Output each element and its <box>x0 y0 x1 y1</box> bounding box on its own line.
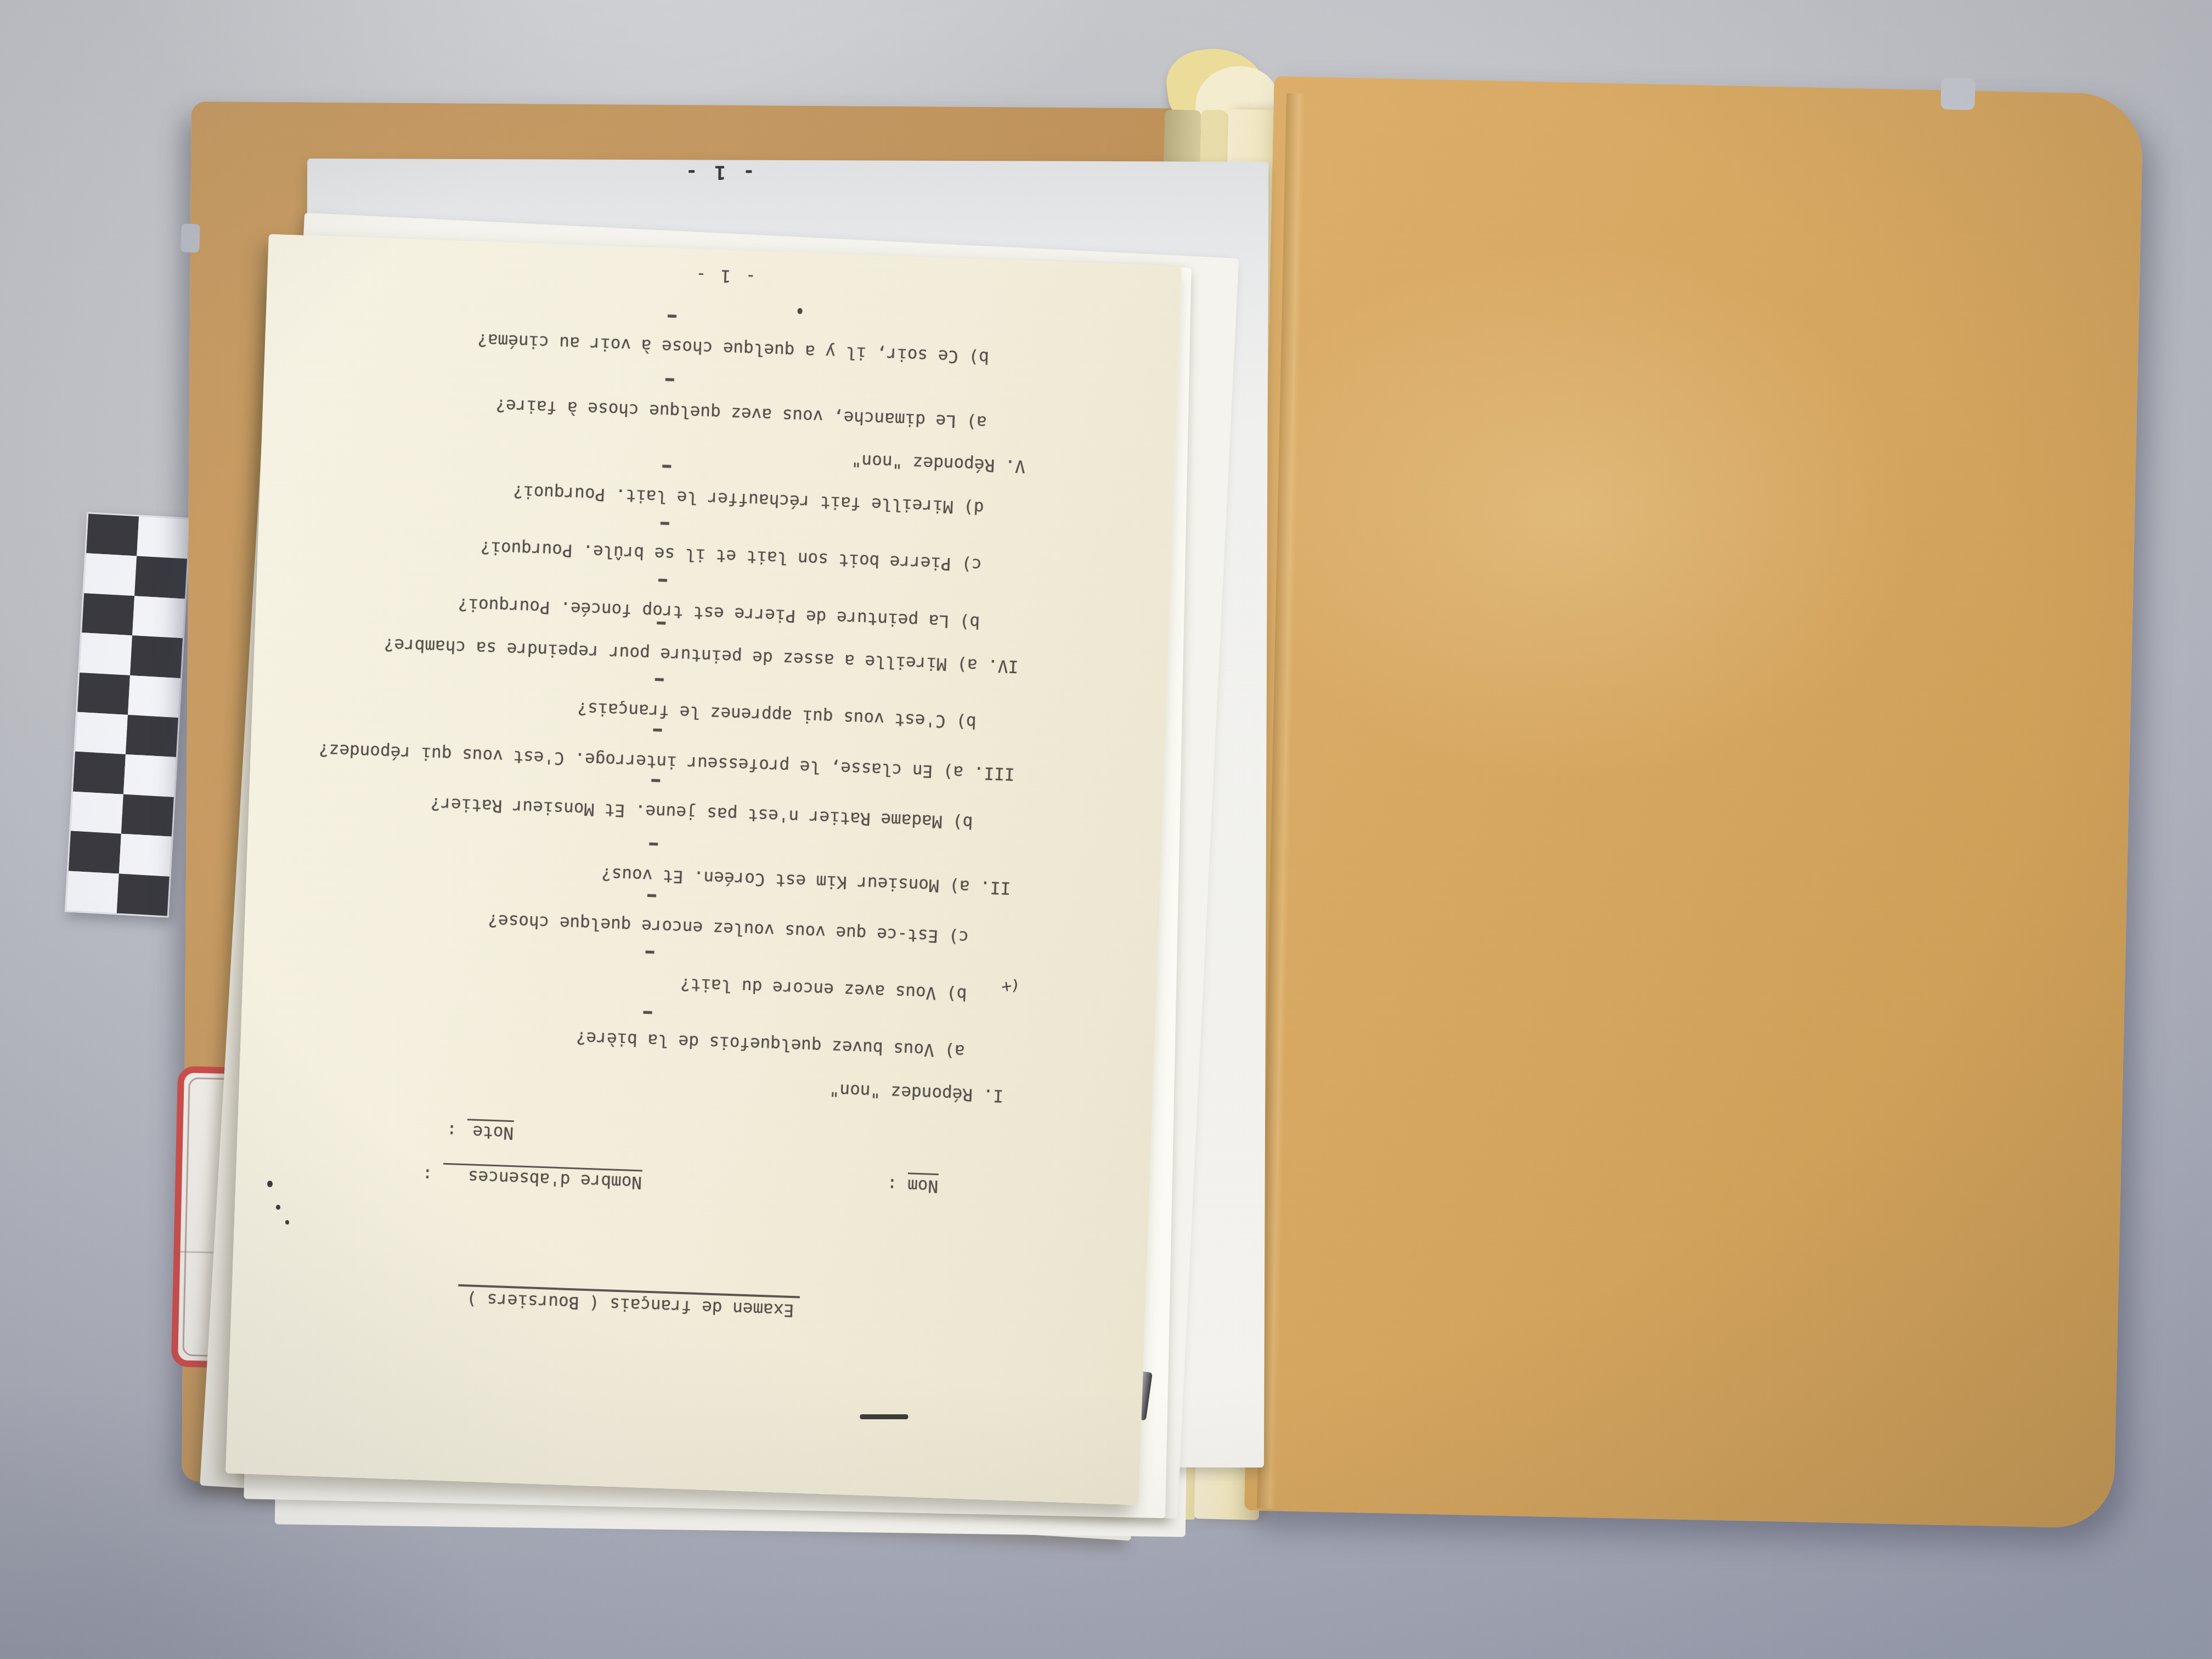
pen-stroke <box>860 1414 908 1419</box>
note-label: Note : <box>446 1121 513 1143</box>
answer-dash: - <box>641 941 658 964</box>
checker-cell <box>66 871 119 913</box>
absences-label: Nombre d'absences : <box>422 1165 642 1192</box>
exam-line: c) Pierre boit son lait et il se brûle. … <box>480 537 982 574</box>
page-number: - 1 - <box>693 265 757 287</box>
folder-cover <box>1244 76 2143 1529</box>
checker-cell <box>132 596 185 638</box>
answer-dash: - <box>658 456 675 478</box>
exam-line: b) Ce soir, il y a quelque chose à voir … <box>477 330 990 368</box>
answer-dash: - <box>639 1002 657 1024</box>
exam-line: b) C'est vous qui apprenez le français? <box>577 698 977 732</box>
checker-cell <box>80 633 132 675</box>
folder-edge-notch-top-left <box>180 223 200 252</box>
exam-line: b) Madame Ratier n'est pas jeune. Et Mon… <box>430 794 973 832</box>
exam-line: I. Répondez "non" <box>829 1080 1003 1105</box>
ink-speck <box>276 1205 280 1210</box>
checker-cell <box>82 593 134 635</box>
exam-title: Examen de français ( Boursiers ) <box>458 1284 800 1321</box>
exam-line: b) Vous avez encore du lait? <box>680 974 967 1004</box>
ink-speck <box>285 1220 289 1224</box>
exam-line: II. a) Monsieur Kim est Coréen. Et vous? <box>601 864 1011 898</box>
exam-line: III. a) En classe, le professeur interro… <box>318 740 1015 783</box>
checker-cell <box>119 834 172 876</box>
checker-cell <box>117 873 170 916</box>
answer-dash: - <box>648 719 666 742</box>
checker-cell <box>71 791 123 833</box>
page-content: Examen de français ( Boursiers ) Nom : N… <box>225 234 1182 1505</box>
checker-cell <box>84 554 137 596</box>
exam-line: a) Le dimanche, vous avez quelque chose … <box>495 395 988 432</box>
checker-cell <box>134 556 187 599</box>
checker-cell <box>69 831 121 873</box>
checker-cell <box>73 752 126 794</box>
calibration-strip <box>65 512 191 917</box>
exam-line: a) Vous buvez quelquefois de la bière? <box>575 1028 965 1061</box>
folder-cover-notch-top-right <box>1940 77 1975 110</box>
back-sheet-page-number: - 1 - <box>683 161 754 183</box>
name-label: Nom : <box>887 1175 939 1196</box>
answer-dash: - <box>661 369 679 392</box>
exam-line: c) Est-ce que vous voulez encore quelque… <box>488 910 969 947</box>
answer-dash: - <box>663 306 681 328</box>
ink-dot <box>797 308 802 314</box>
answer-dash: - <box>656 513 674 535</box>
checker-cell <box>75 712 128 754</box>
checker-cell <box>86 513 139 556</box>
answer-dash: - <box>647 770 664 792</box>
checker-cell <box>128 675 180 718</box>
top-sheet: Examen de français ( Boursiers ) Nom : N… <box>225 234 1182 1505</box>
exam-line: IV. a) Mireille a assez de peinture pour… <box>383 634 1019 676</box>
answer-dash: - <box>651 669 668 691</box>
exam-line: V. Répondez "non" <box>851 450 1025 476</box>
ink-speck <box>267 1181 273 1187</box>
checker-cell <box>121 794 174 837</box>
answer-dash: - <box>654 570 672 592</box>
answer-dash: - <box>645 833 662 856</box>
photo-scene: - 1 - Examen de français ( Boursiers ) N… <box>0 0 2212 1659</box>
checker-cell <box>126 715 178 757</box>
checker-cell <box>123 754 176 797</box>
checker-cell <box>77 673 130 715</box>
exam-line: b) La peinture de Pierre est trop foncée… <box>458 594 980 632</box>
exam-line: d) Mireille fait réchauffer le lait. Pou… <box>513 481 984 517</box>
checker-cell <box>137 517 189 559</box>
handwritten-mark: (+ <box>1000 977 1019 996</box>
checker-cell <box>130 635 183 678</box>
answer-dash: - <box>643 885 661 907</box>
